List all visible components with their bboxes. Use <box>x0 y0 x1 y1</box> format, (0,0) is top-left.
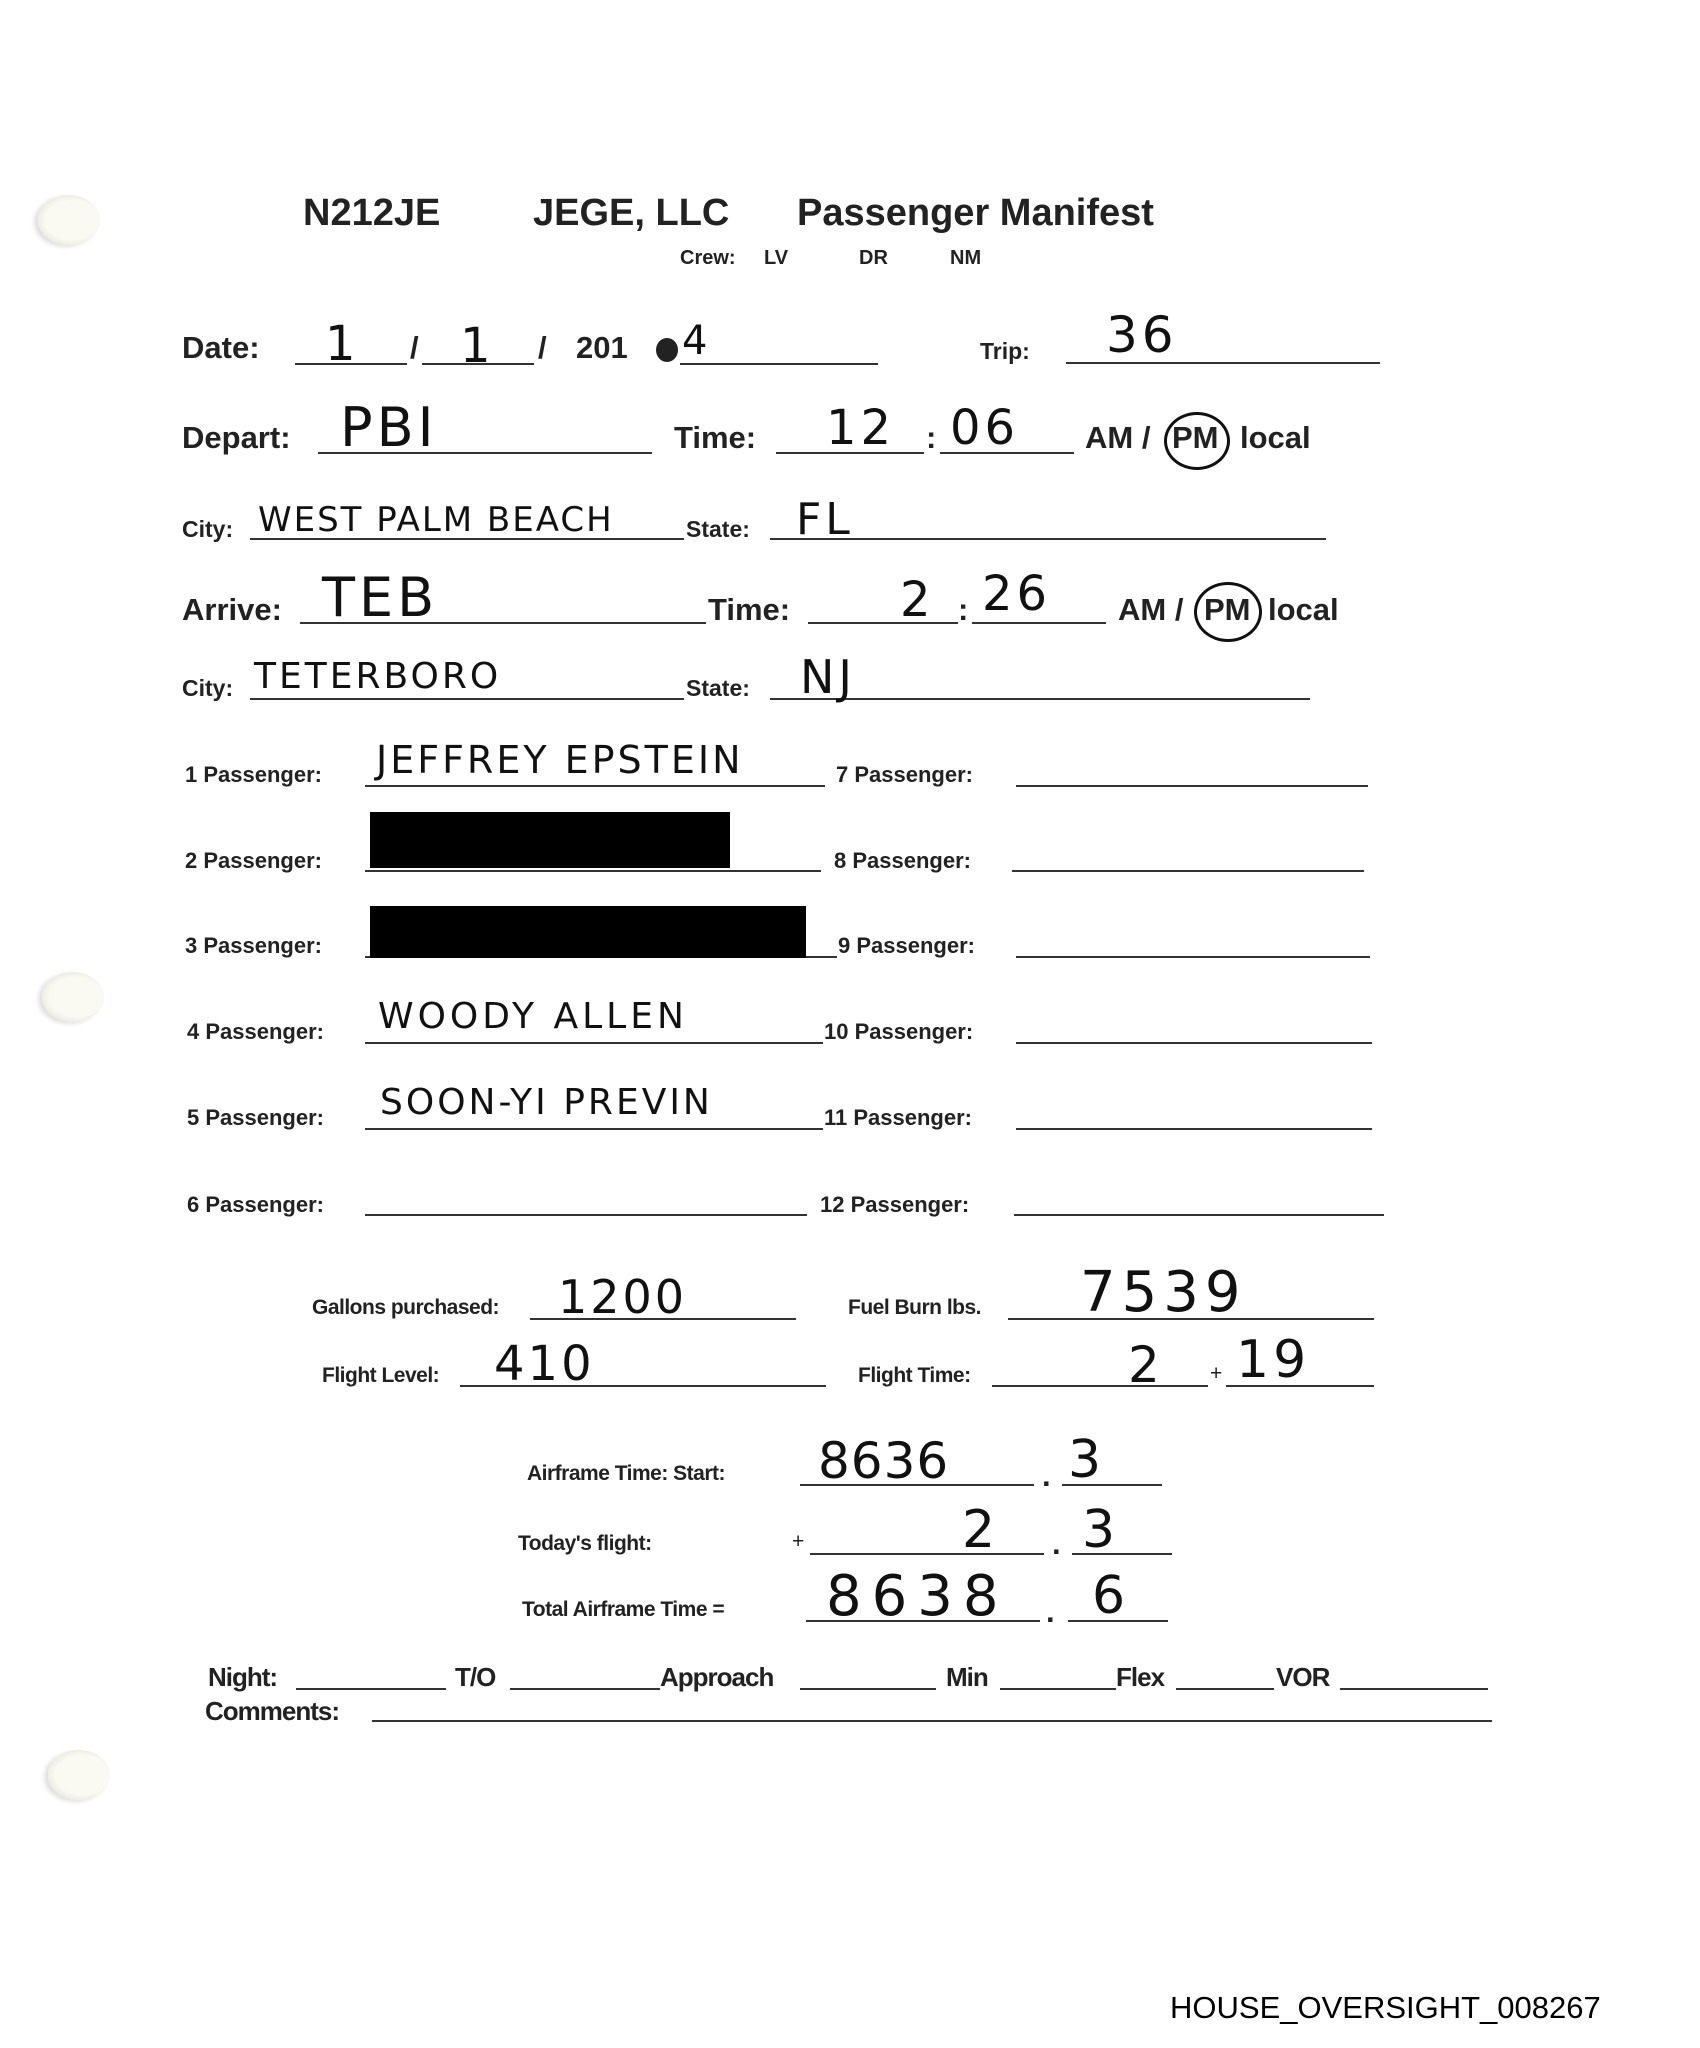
night-label: Night: <box>208 1662 277 1693</box>
depart-airport[interactable]: PBI <box>340 396 438 459</box>
today-flight-label: Today's flight: <box>518 1532 652 1556</box>
arrive-time-label: Time: <box>708 592 790 628</box>
today-flight-plus: + <box>792 1530 804 1554</box>
arrive-time-colon: : <box>958 592 968 628</box>
comments-label: Comments: <box>205 1696 339 1727</box>
gallons-value[interactable]: 1200 <box>558 1270 687 1324</box>
arrive-hour[interactable]: 2 <box>900 572 935 628</box>
passenger-label: 1 Passenger: <box>185 762 322 788</box>
trip-label: Trip: <box>980 338 1030 365</box>
passenger-name[interactable]: WOODY ALLEN <box>378 996 688 1037</box>
arrive-minute[interactable]: 26 <box>982 566 1051 622</box>
fuel-burn-label: Fuel Burn lbs. <box>848 1296 981 1320</box>
passenger-label: 3 Passenger: <box>185 933 322 959</box>
punch-hole-bottom <box>48 1750 110 1800</box>
redaction-box <box>370 812 730 868</box>
arrive-city-label: City: <box>182 675 233 702</box>
passenger-label: 8 Passenger: <box>834 848 971 874</box>
today-flight-whole[interactable]: 2 <box>962 1500 999 1560</box>
date-month[interactable]: 1 <box>325 316 360 372</box>
passenger-label: 2 Passenger: <box>185 848 322 874</box>
airframe-start-label: Airframe Time: Start: <box>527 1462 725 1486</box>
vor-line <box>1340 1688 1488 1690</box>
flight-time-hours[interactable]: 2 <box>1128 1336 1164 1394</box>
gallons-label: Gallons purchased: <box>312 1296 499 1320</box>
approach-line <box>800 1688 936 1690</box>
passenger-line <box>1016 1042 1372 1044</box>
passenger-line <box>365 785 825 787</box>
flight-time-label: Flight Time: <box>858 1364 971 1388</box>
today-flight-dot: . <box>1052 1526 1061 1562</box>
depart-am-label: AM / <box>1085 420 1150 456</box>
depart-pm-circle <box>1164 412 1230 470</box>
flight-level-label: Flight Level: <box>322 1364 439 1388</box>
date-year-suffix[interactable]: 4 <box>682 318 711 364</box>
total-airframe-tenths[interactable]: 6 <box>1092 1566 1129 1626</box>
arrive-hour-line <box>808 622 958 624</box>
depart-label: Depart: <box>182 420 291 456</box>
crew-member-3: NM <box>950 247 981 270</box>
company-name: JEGE, LLC <box>533 192 729 235</box>
passenger-line <box>365 870 821 872</box>
passenger-line <box>1016 1128 1372 1130</box>
crew-member-1: LV <box>764 247 788 270</box>
passenger-line <box>365 1128 823 1130</box>
redaction-box <box>370 906 806 958</box>
passenger-label: 11 Passenger: <box>824 1105 972 1131</box>
arrive-state-label: State: <box>686 675 750 702</box>
night-line <box>296 1688 446 1690</box>
flight-time-plus: + <box>1210 1362 1222 1386</box>
crew-label: Crew: <box>680 247 736 270</box>
depart-state[interactable]: FL <box>796 494 854 545</box>
flex-label: Flex <box>1116 1662 1164 1693</box>
passenger-label: 10 Passenger: <box>824 1019 973 1045</box>
passenger-line <box>1012 870 1364 872</box>
depart-time-label: Time: <box>674 420 756 456</box>
passenger-line <box>1014 1214 1384 1216</box>
passenger-label: 9 Passenger: <box>838 933 975 959</box>
ink-blot <box>656 338 678 362</box>
flight-level-value[interactable]: 410 <box>494 1336 595 1392</box>
passenger-line <box>1016 956 1370 958</box>
flight-time-minutes[interactable]: 19 <box>1236 1330 1310 1390</box>
flight-time-hours-line <box>992 1385 1208 1387</box>
comments-line <box>372 1720 1492 1722</box>
arrive-minute-line <box>972 622 1106 624</box>
depart-city[interactable]: WEST PALM BEACH <box>258 500 614 540</box>
crew-member-2: DR <box>859 247 888 270</box>
depart-city-label: City: <box>182 516 233 543</box>
total-airframe-dot: . <box>1046 1594 1055 1630</box>
vor-label: VOR <box>1276 1662 1329 1693</box>
arrive-airport[interactable]: TEB <box>322 566 438 629</box>
depart-state-label: State: <box>686 516 750 543</box>
min-label: Min <box>946 1662 988 1693</box>
today-flight-tenths[interactable]: 3 <box>1082 1500 1119 1560</box>
trip-value[interactable]: 36 <box>1106 306 1178 364</box>
total-airframe-label: Total Airframe Time = <box>522 1598 724 1622</box>
arrive-city-line <box>250 698 684 700</box>
today-flight-whole-line <box>810 1553 1044 1555</box>
passenger-label: 7 Passenger: <box>836 762 973 788</box>
punch-hole-middle <box>42 972 104 1022</box>
passenger-label: 6 Passenger: <box>187 1192 324 1218</box>
to-label: T/O <box>455 1662 495 1693</box>
arrive-state[interactable]: NJ <box>800 650 856 704</box>
punch-hole-top <box>38 195 100 245</box>
tail-number: N212JE <box>303 192 440 235</box>
passenger-name[interactable]: SOON-YI PREVIN <box>380 1082 713 1123</box>
total-airframe-whole[interactable]: 8638 <box>826 1564 1009 1629</box>
arrive-pm-circle <box>1194 582 1262 642</box>
date-year-prefix: 201 <box>576 330 628 366</box>
arrive-city[interactable]: TETERBORO <box>254 656 501 697</box>
fuel-burn-value[interactable]: 7539 <box>1080 1260 1247 1325</box>
bates-number: HOUSE_OVERSIGHT_008267 <box>1170 1990 1601 2026</box>
min-line <box>1000 1688 1116 1690</box>
passenger-name[interactable]: JEFFREY EPSTEIN <box>376 738 744 782</box>
airframe-start-whole[interactable]: 8636 <box>818 1432 949 1490</box>
date-day[interactable]: 1 <box>460 318 495 374</box>
flex-line <box>1176 1688 1274 1690</box>
passenger-line <box>1016 785 1368 787</box>
arrive-am-label: AM / <box>1118 592 1183 628</box>
arrive-local-label: local <box>1268 592 1339 628</box>
arrive-label: Arrive: <box>182 592 282 628</box>
passenger-line <box>365 1042 823 1044</box>
date-sep-1: / <box>410 330 419 366</box>
depart-hour[interactable]: 12 <box>826 400 895 456</box>
approach-label: Approach <box>660 1662 773 1693</box>
date-sep-2: / <box>538 330 547 366</box>
passenger-label: 5 Passenger: <box>187 1105 324 1131</box>
airframe-start-tenths[interactable]: 3 <box>1068 1430 1105 1490</box>
passenger-label: 4 Passenger: <box>187 1019 324 1045</box>
form-title: Passenger Manifest <box>797 192 1154 235</box>
passenger-label: 12 Passenger: <box>820 1192 969 1218</box>
airframe-start-dot: . <box>1042 1458 1051 1494</box>
depart-local-label: local <box>1240 420 1311 456</box>
depart-time-colon: : <box>926 420 936 456</box>
date-label: Date: <box>182 330 260 366</box>
passenger-line <box>365 1214 807 1216</box>
depart-minute[interactable]: 06 <box>950 400 1019 456</box>
to-line <box>510 1688 660 1690</box>
